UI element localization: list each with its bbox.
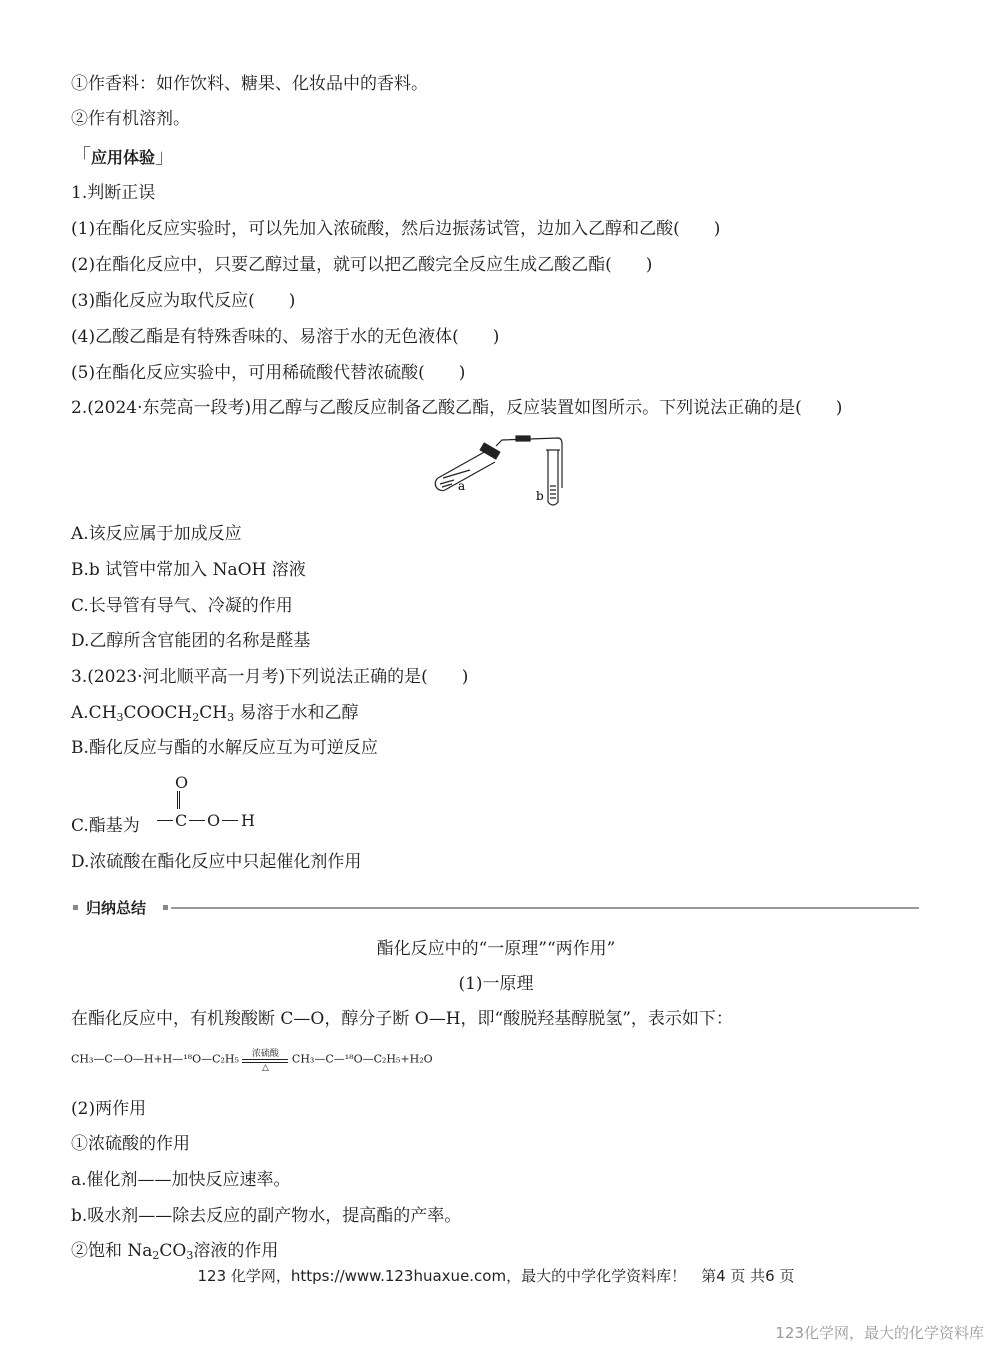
summary-subtitle-principle: (1)一原理 xyxy=(0,973,992,995)
watermark: 123化学网，最大的化学资料库 xyxy=(775,1322,984,1343)
divider-line xyxy=(171,907,919,909)
section-heading: 「应用体验」 xyxy=(71,145,175,169)
summary-label: 归纳总结 xyxy=(86,897,146,919)
bullet-square xyxy=(73,905,78,910)
question-3-option-c: C.酯基为 xyxy=(71,815,140,837)
question-2-option-a: A.该反应属于加成反应 xyxy=(71,523,242,545)
question-1-item: (1)在酯化反应实验时，可以先加入浓硫酸，然后边振荡试管，边加入乙醇和乙酸( ) xyxy=(71,218,720,240)
question-2-stem: 2.(2024·东莞高一段考)用乙醇与乙酸反应制备乙酸乙酯，反应装置如图所示。下… xyxy=(71,397,842,419)
section-heading-label: 应用体验 xyxy=(91,148,155,167)
esterification-equation: CH₃—C—O—H+H—¹⁸O—C₂H₅ 浓硫酸 △ CH₃—C—¹⁸O—C₂H… xyxy=(71,1046,433,1073)
question-3-option-b: B.酯化反应与酯的水解反应互为可逆反应 xyxy=(71,737,378,759)
summary-title: 酯化反应中的“一原理”“两作用” xyxy=(0,938,992,960)
summary-subtitle-roles: (2)两作用 xyxy=(71,1098,146,1120)
close-bracket: 」 xyxy=(155,144,175,168)
summary-role-dehydrator: b.吸水剂——除去反应的副产物水，提高酯的产率。 xyxy=(71,1205,461,1227)
open-bracket: 「 xyxy=(71,144,91,168)
summary-principle-text: 在酯化反应中，有机羧酸断 C—O，醇分子断 O—H，即“酸脱羟基醇脱氢”，表示如… xyxy=(71,1008,733,1030)
question-1-item: (4)乙酸乙酯是有特殊香味的、易溶于水的无色液体( ) xyxy=(71,326,499,348)
summary-role-sodium-carbonate: ②饱和 Na2CO3溶液的作用 xyxy=(71,1240,278,1262)
question-1-title: 1.判断正误 xyxy=(71,182,155,204)
apparatus-diagram: a b xyxy=(430,430,570,510)
question-2-option-b: B.b 试管中常加入 NaOH 溶液 xyxy=(71,559,306,581)
question-3-option-a: A.CH3COOCH2CH3 易溶于水和乙醇 xyxy=(71,702,358,724)
question-1-item: (5)在酯化反应实验中，可用稀硫酸代替浓硫酸( ) xyxy=(71,362,465,384)
ester-group-structure: O C O H xyxy=(155,773,265,833)
question-3-option-d: D.浓硫酸在酯化反应中只起催化剂作用 xyxy=(71,851,361,873)
question-1-item: (3)酯化反应为取代反应( ) xyxy=(71,290,295,312)
apparatus-figure: a b xyxy=(430,430,570,510)
reversible-arrow: 浓硫酸 △ xyxy=(242,1046,288,1073)
use-item-solvent: ②作有机溶剂。 xyxy=(71,108,190,130)
summary-role-sulfuric: ①浓硫酸的作用 xyxy=(71,1133,190,1155)
question-2-option-c: C.长导管有导气、冷凝的作用 xyxy=(71,595,293,617)
question-3-stem: 3.(2023·河北顺平高一月考)下列说法正确的是( ) xyxy=(71,666,468,688)
svg-text:b: b xyxy=(536,489,544,503)
question-2-option-d: D.乙醇所含官能团的名称是醛基 xyxy=(71,630,310,652)
bullet-square xyxy=(163,905,168,910)
equation-right: CH₃—C—¹⁸O—C₂H₅+H₂O xyxy=(292,1053,433,1066)
page-footer: 123 化学网，https://www.123huaxue.com，最大的中学化… xyxy=(0,1265,992,1286)
question-1-item: (2)在酯化反应中，只要乙醇过量，就可以把乙酸完全反应生成乙酸乙酯( ) xyxy=(71,254,652,276)
equation-left: CH₃—C—O—H+H—¹⁸O—C₂H₅ xyxy=(71,1053,239,1066)
use-item-fragrance: ①作香料：如作饮料、糖果、化妆品中的香料。 xyxy=(71,73,428,95)
summary-role-catalyst: a.催化剂——加快反应速率。 xyxy=(71,1169,291,1191)
svg-text:a: a xyxy=(458,479,465,493)
summary-section-bar: 归纳总结 xyxy=(71,897,919,919)
